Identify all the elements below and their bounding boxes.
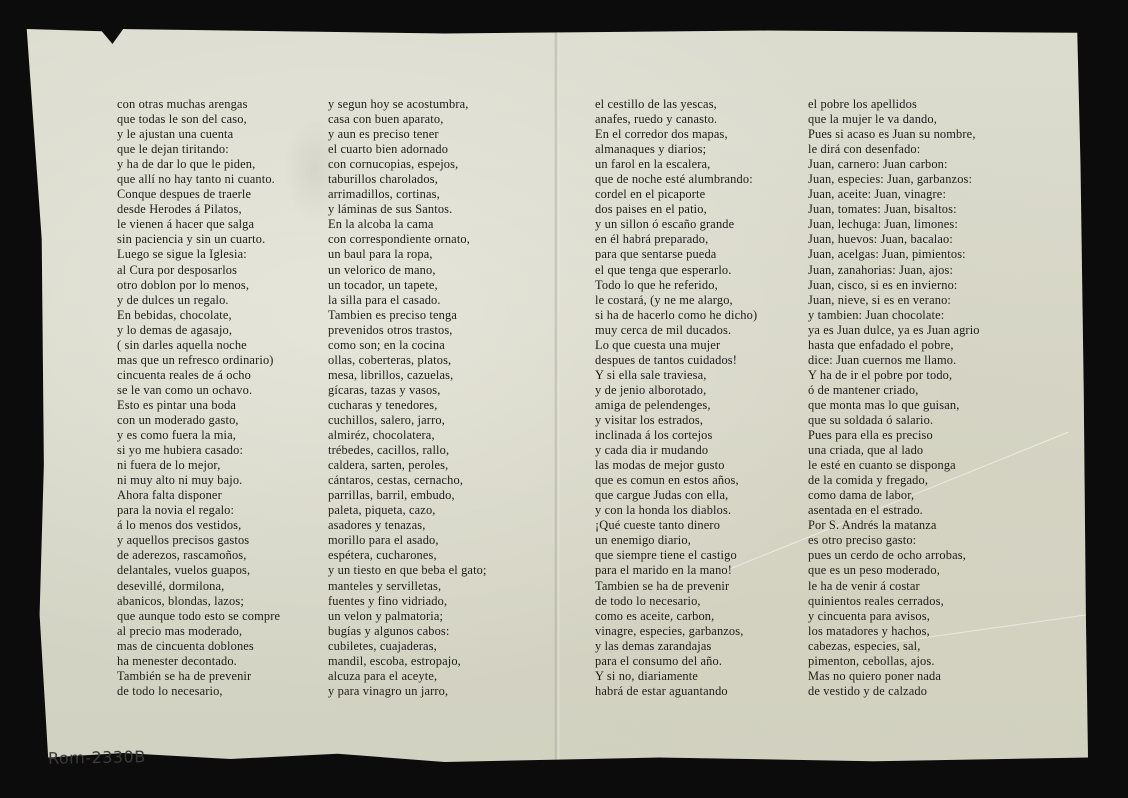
verse-line: Y si ella sale traviesa, — [595, 368, 757, 383]
verse-line: y aun es preciso tener — [328, 127, 487, 142]
verse-line: como dama de labor, — [808, 488, 980, 503]
verse-line: muy cerca de mil ducados. — [595, 323, 757, 338]
verse-line: que todas le son del caso, — [117, 112, 280, 127]
verse-line: mas de cincuenta doblones — [117, 639, 280, 654]
verse-line: con un moderado gasto, — [117, 413, 280, 428]
verse-line: inclinada á los cortejos — [595, 428, 757, 443]
verse-line: gícaras, tazas y vasos, — [328, 383, 487, 398]
verse-line: quinientos reales cerrados, — [808, 594, 980, 609]
center-fold — [554, 14, 560, 765]
verse-line: que su soldada ó salario. — [808, 413, 980, 428]
verse-line: dice: Juan cuernos me llamo. — [808, 353, 980, 368]
verse-line: mesa, librillos, cazuelas, — [328, 368, 487, 383]
verse-line: que aunque todo esto se compre — [117, 609, 280, 624]
verse-line: con cornucopias, espejos, — [328, 157, 487, 172]
verse-line: de todo lo necesario, — [117, 684, 280, 699]
verse-line: un velon y palmatoria; — [328, 609, 487, 624]
verse-line: delantales, vuelos guapos, — [117, 563, 280, 578]
verse-line: almanaques y diarios; — [595, 142, 757, 157]
verse-line: que le dejan tiritando: — [117, 142, 280, 157]
verse-line: que la mujer le va dando, — [808, 112, 980, 127]
verse-line: que cargue Judas con ella, — [595, 488, 757, 503]
verse-line: vinagre, especies, garbanzos, — [595, 624, 757, 639]
verse-line: pimenton, cebollas, ajos. — [808, 654, 980, 669]
verse-line: asentada en el estrado. — [808, 503, 980, 518]
verse-line: y tambien: Juan chocolate: — [808, 308, 980, 323]
verse-line: desevillé, dormilona, — [117, 579, 280, 594]
verse-line: un enemigo diario, — [595, 533, 757, 548]
verse-line: mandil, escoba, estropajo, — [328, 654, 487, 669]
verse-line: un tocador, un tapete, — [328, 278, 487, 293]
verse-line: si yo me hubiera casado: — [117, 443, 280, 458]
verse-line: cántaros, cestas, cernacho, — [328, 473, 487, 488]
verse-line: morillo para el asado, — [328, 533, 487, 548]
verse-line: Todo lo que he referido, — [595, 278, 757, 293]
verse-line: y cada dia ir mudando — [595, 443, 757, 458]
verse-line: es otro preciso gasto: — [808, 533, 980, 548]
verse-line: ( sin darles aquella noche — [117, 338, 280, 353]
handwritten-shelfmark: Rom-2330B — [48, 747, 146, 768]
verse-line: cordel en el picaporte — [595, 187, 757, 202]
verse-line: cabezas, especies, sal, — [808, 639, 980, 654]
verse-line: y ha de dar lo que le piden, — [117, 157, 280, 172]
verse-line: Conque despues de traerle — [117, 187, 280, 202]
verse-line: al Cura por desposarlos — [117, 263, 280, 278]
verse-line: de aderezos, rascamoños, — [117, 548, 280, 563]
verse-line: alcuza para el aceyte, — [328, 669, 487, 684]
verse-line: que monta mas lo que guisan, — [808, 398, 980, 413]
verse-line: dos paises en el patio, — [595, 202, 757, 217]
verse-line: de todo lo necesario, — [595, 594, 757, 609]
verse-line: asadores y tenazas, — [328, 518, 487, 533]
verse-line: Pues si acaso es Juan su nombre, — [808, 127, 980, 142]
verse-column-2: y segun hoy se acostumbra,casa con buen … — [328, 97, 487, 699]
verse-line: cuchillos, salero, jarro, — [328, 413, 487, 428]
verse-column-1: con otras muchas arengasque todas le son… — [117, 97, 280, 699]
verse-line: cincuenta reales de á ocho — [117, 368, 280, 383]
verse-line: caldera, sarten, peroles, — [328, 458, 487, 473]
verse-line: que es un peso moderado, — [808, 563, 980, 578]
verse-line: Tambien es preciso tenga — [328, 308, 487, 323]
verse-line: le vienen á hacer que salga — [117, 217, 280, 232]
verse-line: taburillos charolados, — [328, 172, 487, 187]
verse-line: Juan, cisco, si es en invierno: — [808, 278, 980, 293]
verse-line: y un sillon ó escaño grande — [595, 217, 757, 232]
verse-line: y segun hoy se acostumbra, — [328, 97, 487, 112]
verse-line: ya es Juan dulce, ya es Juan agrio — [808, 323, 980, 338]
verse-line: para el consumo del año. — [595, 654, 757, 669]
verse-line: que siempre tiene el castigo — [595, 548, 757, 563]
verse-line: Juan, huevos: Juan, bacalao: — [808, 232, 980, 247]
verse-line: Esto es pintar una boda — [117, 398, 280, 413]
verse-line: le costará, (y ne me alargo, — [595, 293, 757, 308]
verse-line: se le van como un ochavo. — [117, 383, 280, 398]
verse-column-4: el pobre los apellidosque la mujer le va… — [808, 97, 980, 699]
verse-line: Juan, carnero: Juan carbon: — [808, 157, 980, 172]
verse-line: el pobre los apellidos — [808, 97, 980, 112]
verse-line: Juan, acelgas: Juan, pimientos: — [808, 247, 980, 262]
verse-line: cubiletes, cuajaderas, — [328, 639, 487, 654]
verse-line: Juan, especies: Juan, garbanzos: — [808, 172, 980, 187]
verse-line: con correspondiente ornato, — [328, 232, 487, 247]
verse-line: Juan, tomates: Juan, bisaltos: — [808, 202, 980, 217]
verse-line: abanicos, blondas, lazos; — [117, 594, 280, 609]
verse-line: una criada, que al lado — [808, 443, 980, 458]
verse-line: parrillas, barril, embudo, — [328, 488, 487, 503]
verse-line: Lo que cuesta una mujer — [595, 338, 757, 353]
verse-line: como es aceite, carbon, — [595, 609, 757, 624]
verse-line: mas que un refresco ordinario) — [117, 353, 280, 368]
verse-line: para la novia el regalo: — [117, 503, 280, 518]
verse-column-3: el cestillo de las yescas,anafes, ruedo … — [595, 97, 757, 699]
verse-line: desde Herodes á Pilatos, — [117, 202, 280, 217]
verse-line: anafes, ruedo y canasto. — [595, 112, 757, 127]
verse-line: Juan, zanahorias: Juan, ajos: — [808, 263, 980, 278]
verse-line: También se ha de prevenir — [117, 669, 280, 684]
verse-line: un farol en la escalera, — [595, 157, 757, 172]
verse-line: prevenidos otros trastos, — [328, 323, 487, 338]
verse-line: el cestillo de las yescas, — [595, 97, 757, 112]
verse-line: espétera, cucharones, — [328, 548, 487, 563]
verse-line: Luego se sigue la Iglesia: — [117, 247, 280, 262]
verse-line: Mas no quiero poner nada — [808, 669, 980, 684]
verse-line: de la comida y fregado, — [808, 473, 980, 488]
verse-line: que es comun en estos años, — [595, 473, 757, 488]
verse-line: Ahora falta disponer — [117, 488, 280, 503]
verse-line: ni muy alto ni muy bajo. — [117, 473, 280, 488]
verse-line: ó de mantener criado, — [808, 383, 980, 398]
verse-line: Por S. Andrés la matanza — [808, 518, 980, 533]
verse-line: al precio mas moderado, — [117, 624, 280, 639]
verse-line: ni fuera de lo mejor, — [117, 458, 280, 473]
verse-line: En bebidas, chocolate, — [117, 308, 280, 323]
verse-line: le esté en cuanto se disponga — [808, 458, 980, 473]
verse-line: trébedes, cacillos, rallo, — [328, 443, 487, 458]
verse-line: y de jenio alborotado, — [595, 383, 757, 398]
verse-line: si ha de hacerlo como he dicho) — [595, 308, 757, 323]
verse-line: y de dulces un regalo. — [117, 293, 280, 308]
verse-line: y un tiesto en que beba el gato; — [328, 563, 487, 578]
verse-line: En el corredor dos mapas, — [595, 127, 757, 142]
verse-line: bugías y algunos cabos: — [328, 624, 487, 639]
verse-line: el que tenga que esperarlo. — [595, 263, 757, 278]
verse-line: y lo demas de agasajo, — [117, 323, 280, 338]
verse-line: Juan, lechuga: Juan, limones: — [808, 217, 980, 232]
verse-line: paleta, piqueta, cazo, — [328, 503, 487, 518]
verse-line: de vestido y de calzado — [808, 684, 980, 699]
verse-line: y es como fuera la mia, — [117, 428, 280, 443]
verse-line: y visitar los estrados, — [595, 413, 757, 428]
verse-line: y para vinagro un jarro, — [328, 684, 487, 699]
verse-line: á lo menos dos vestidos, — [117, 518, 280, 533]
verse-line: Juan, aceite: Juan, vinagre: — [808, 187, 980, 202]
verse-line: y las demas zarandajas — [595, 639, 757, 654]
verse-line: con otras muchas arengas — [117, 97, 280, 112]
verse-line: la silla para el casado. — [328, 293, 487, 308]
verse-line: y aquellos precisos gastos — [117, 533, 280, 548]
verse-line: almiréz, chocolatera, — [328, 428, 487, 443]
verse-line: y le ajustan una cuenta — [117, 127, 280, 142]
verse-line: Tambien se ha de prevenir — [595, 579, 757, 594]
verse-line: le ha de venir á costar — [808, 579, 980, 594]
verse-line: Y ha de ir el pobre por todo, — [808, 368, 980, 383]
verse-line: ollas, coberteras, platos, — [328, 353, 487, 368]
verse-line: arrimadillos, cortinas, — [328, 187, 487, 202]
verse-line: como son; en la cocina — [328, 338, 487, 353]
verse-line: y con la honda los diablos. — [595, 503, 757, 518]
verse-line: para que sentarse pueda — [595, 247, 757, 262]
verse-line: fuentes y fino vidriado, — [328, 594, 487, 609]
verse-line: Pues para ella es preciso — [808, 428, 980, 443]
verse-line: En la alcoba la cama — [328, 217, 487, 232]
verse-line: despues de tantos cuidados! — [595, 353, 757, 368]
verse-line: y cincuenta para avisos, — [808, 609, 980, 624]
verse-line: ha menester decontado. — [117, 654, 280, 669]
verse-line: un baul para la ropa, — [328, 247, 487, 262]
verse-line: otro doblon por lo menos, — [117, 278, 280, 293]
verse-line: para el marido en la mano! — [595, 563, 757, 578]
verse-line: cucharas y tenedores, — [328, 398, 487, 413]
verse-line: un velorico de mano, — [328, 263, 487, 278]
verse-line: las modas de mejor gusto — [595, 458, 757, 473]
verse-line: Juan, nieve, si es en verano: — [808, 293, 980, 308]
verse-line: los matadores y hachos, — [808, 624, 980, 639]
verse-line: en él habrá preparado, — [595, 232, 757, 247]
verse-line: ¡Qué cueste tanto dinero — [595, 518, 757, 533]
verse-line: casa con buen aparato, — [328, 112, 487, 127]
verse-line: Y si no, diariamente — [595, 669, 757, 684]
verse-line: pues un cerdo de ocho arrobas, — [808, 548, 980, 563]
verse-line: y láminas de sus Santos. — [328, 202, 487, 217]
verse-line: el cuarto bien adornado — [328, 142, 487, 157]
verse-line: sin paciencia y sin un cuarto. — [117, 232, 280, 247]
verse-line: manteles y servilletas, — [328, 579, 487, 594]
verse-line: amiga de pelendenges, — [595, 398, 757, 413]
verse-line: hasta que enfadado el pobre, — [808, 338, 980, 353]
verse-line: que allí no hay tanto ni cuanto. — [117, 172, 280, 187]
verse-line: habrá de estar aguantando — [595, 684, 757, 699]
verse-line: que de noche esté alumbrando: — [595, 172, 757, 187]
verse-line: le dirá con desenfado: — [808, 142, 980, 157]
